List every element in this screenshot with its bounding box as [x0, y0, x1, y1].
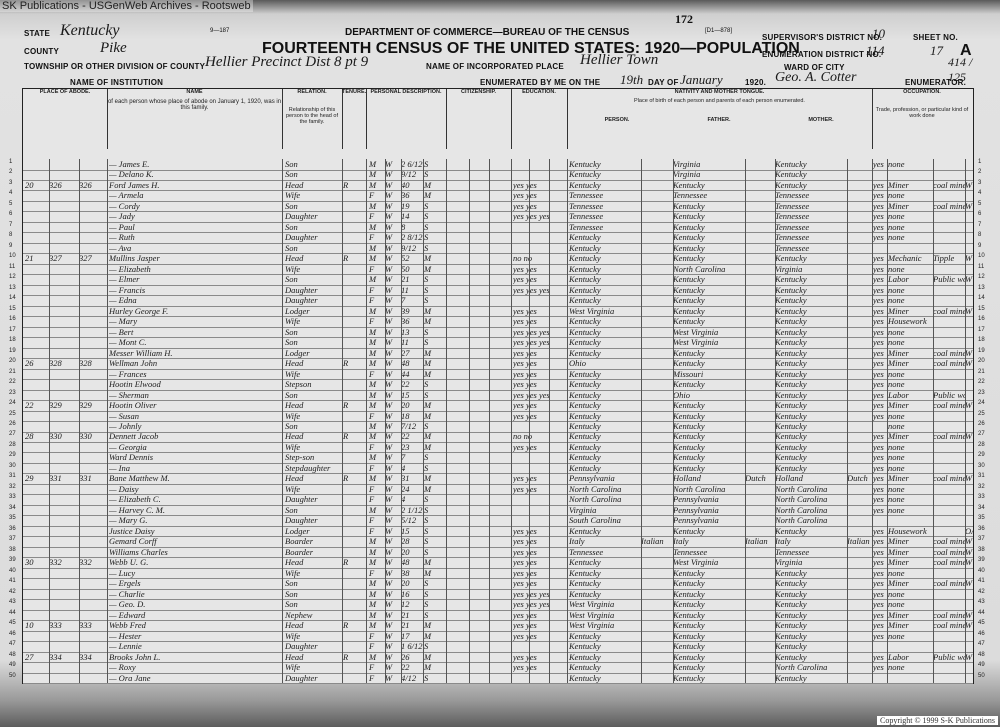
cell-ind [933, 211, 965, 222]
cell-fpob: Kentucky [673, 316, 743, 327]
cell-mpob: Kentucky [775, 180, 845, 191]
cell-edu [513, 243, 565, 254]
cell-pob: Kentucky [569, 662, 639, 673]
cell-ind [933, 222, 965, 233]
cell-pob: Kentucky [569, 411, 639, 422]
cell-ftongue [745, 337, 775, 348]
cell-fpob: West Virginia [673, 327, 743, 338]
cell-ind: coal mine [933, 431, 965, 442]
cell-name: — Elizabeth C. [109, 494, 281, 505]
cell-name: — Ina [109, 463, 281, 474]
cell-fpob: Kentucky [673, 641, 743, 652]
cell-rel: Head [285, 253, 341, 264]
cell-ptongue [641, 358, 673, 369]
cell-ten [343, 264, 365, 275]
cell-ftongue [745, 421, 775, 432]
cell-pob: Kentucky [569, 400, 639, 411]
cell-ten [343, 494, 365, 505]
cell-ind [933, 589, 965, 600]
cell-dw [25, 337, 49, 348]
cell-mtongue [847, 348, 871, 359]
cell-dw [25, 285, 49, 296]
row-number: 2 [9, 169, 12, 175]
row-number-right: 40 [978, 568, 985, 574]
cell-sex: F [369, 232, 385, 243]
cell-dw [25, 631, 49, 642]
cell-ptongue [641, 463, 673, 474]
cell-dw [25, 169, 49, 180]
cell-eng: yes [873, 411, 887, 422]
cell-ptongue [641, 599, 673, 610]
row-number: 25 [9, 411, 16, 417]
cell-race: W [385, 494, 401, 505]
cell-mtongue [847, 190, 871, 201]
cell-visit: 334 [79, 652, 107, 663]
cell-eng: yes [873, 578, 887, 589]
cell-age: 22 [401, 662, 423, 673]
cell-eng: yes [873, 327, 887, 338]
cell-visit [79, 390, 107, 401]
cell-dw [25, 411, 49, 422]
row-number-right: 17 [978, 327, 985, 333]
cell-rel: Daughter [285, 232, 341, 243]
cell-sex: F [369, 662, 385, 673]
cell-age: 31 [401, 473, 423, 484]
cell-race: W [385, 620, 401, 631]
cell-fpob: Kentucky [673, 442, 743, 453]
cell-fpob: North Carolina [673, 264, 743, 275]
cell-age: 26 [401, 652, 423, 663]
cell-fpob: North Carolina [673, 484, 743, 495]
row-number: 16 [9, 316, 16, 322]
cell-ptongue [641, 274, 673, 285]
cell-ptongue [641, 662, 673, 673]
cell-edu: yes yes [513, 442, 565, 453]
cell-age: 20 [401, 547, 423, 558]
cell-mpob: Kentucky [775, 568, 845, 579]
cell-ten [343, 662, 365, 673]
cell-ms: M [424, 484, 444, 495]
cell-fam [49, 662, 77, 673]
cell-edu: yes yes [513, 306, 565, 317]
cell-age: 16 [401, 589, 423, 600]
cell-sex: F [369, 641, 385, 652]
cell-ind: Public works [933, 390, 965, 401]
cell-ptongue [641, 526, 673, 537]
cell-occ [888, 243, 932, 254]
cell-occ: none [888, 442, 932, 453]
cell-fpob: Kentucky [673, 285, 743, 296]
cell-race: W [385, 652, 401, 663]
cell-ms: S [424, 295, 444, 306]
cell-pob: Kentucky [569, 285, 639, 296]
cell-mtongue [847, 505, 871, 516]
cell-race: W [385, 599, 401, 610]
cell-ptongue [641, 610, 673, 621]
cell-dw [25, 484, 49, 495]
cell-name: Ward Dennis [109, 452, 281, 463]
enumeration-label: ENUMERATION DISTRICT NO. [762, 50, 881, 59]
cell-rel: Head [285, 431, 341, 442]
cell-eng: yes [873, 652, 887, 663]
cell-age: 44 [401, 369, 423, 380]
cell-pob: Kentucky [569, 589, 639, 600]
row-number: 45 [9, 620, 16, 626]
cell-mtongue [847, 620, 871, 631]
cell-ms: S [424, 337, 444, 348]
cell-eng: yes [873, 610, 887, 621]
cell-eng: yes [873, 253, 887, 264]
cell-eng: yes [873, 369, 887, 380]
township-label: TOWNSHIP OR OTHER DIVISION OF COUNTY [24, 62, 205, 71]
cell-name: — Mary G. [109, 515, 281, 526]
cell-cls [965, 222, 973, 233]
cell-name: — Johnly [109, 421, 281, 432]
row-number: 42 [9, 589, 16, 595]
cell-ftongue [745, 547, 775, 558]
cell-ind [933, 295, 965, 306]
cell-fam [49, 673, 77, 684]
cell-ms: S [424, 390, 444, 401]
cell-fam [49, 295, 77, 306]
cell-fam [49, 505, 77, 516]
cell-ind [933, 494, 965, 505]
row-number-right: 11 [978, 264, 984, 270]
row-number: 20 [9, 358, 16, 364]
cell-visit [79, 568, 107, 579]
column-divider [385, 159, 386, 683]
row-number-right: 45 [978, 620, 985, 626]
cell-race: W [385, 536, 401, 547]
cell-dw: 20 [25, 180, 49, 191]
cell-sex: M [369, 253, 385, 264]
cell-ptongue [641, 201, 673, 212]
cell-pob: Kentucky [569, 274, 639, 285]
cell-occ [888, 641, 932, 652]
cell-fam [49, 390, 77, 401]
row-number-right: 7 [978, 222, 981, 228]
cell-mpob: Kentucky [775, 358, 845, 369]
cell-age: 15 [401, 390, 423, 401]
cell-occ: Housework [888, 316, 932, 327]
cell-ms: S [424, 547, 444, 558]
cell-fam [49, 536, 77, 547]
cell-ten [343, 411, 365, 422]
cell-ftongue [745, 631, 775, 642]
cell-ten: R [343, 358, 365, 369]
cell-visit [79, 201, 107, 212]
column-divider [745, 159, 746, 683]
cell-eng: yes [873, 400, 887, 411]
cell-ind: coal mine [933, 306, 965, 317]
cell-rel: Stepdaughter [285, 463, 341, 474]
cell-sex: F [369, 295, 385, 306]
cell-age: 13 [401, 327, 423, 338]
cell-mpob: Kentucky [775, 620, 845, 631]
cell-ptongue [641, 400, 673, 411]
cell-name: — Susan [109, 411, 281, 422]
cell-fam [49, 379, 77, 390]
cell-visit [79, 337, 107, 348]
cell-ptongue [641, 169, 673, 180]
cell-name: — Cordy [109, 201, 281, 212]
cell-race: W [385, 169, 401, 180]
cell-ms: M [424, 568, 444, 579]
cell-edu [513, 169, 565, 180]
cell-age: 17 [401, 631, 423, 642]
cell-cls [965, 243, 973, 254]
row-number-right: 8 [978, 232, 981, 238]
cell-mpob: Kentucky [775, 316, 845, 327]
cell-ten [343, 536, 365, 547]
cell-sex: M [369, 180, 385, 191]
cell-fam [49, 201, 77, 212]
cell-ms: M [424, 190, 444, 201]
cell-ms: S [424, 201, 444, 212]
cell-ms: M [424, 400, 444, 411]
cell-fam [49, 452, 77, 463]
cell-dw [25, 578, 49, 589]
cell-mpob: Kentucky [775, 306, 845, 317]
cell-ftongue [745, 599, 775, 610]
cell-mtongue [847, 421, 871, 432]
cell-ms: S [424, 463, 444, 474]
cell-mtongue [847, 285, 871, 296]
cell-fam [49, 599, 77, 610]
cell-ind [933, 285, 965, 296]
cell-dw [25, 463, 49, 474]
cell-ind: coal mine [933, 578, 965, 589]
cell-ftongue [745, 211, 775, 222]
row-number: 1 [9, 159, 12, 165]
cell-mpob: North Carolina [775, 494, 845, 505]
cell-edu [513, 463, 565, 474]
cell-name: — Armela [109, 190, 281, 201]
row-number: 3 [9, 180, 12, 186]
cell-mtongue [847, 662, 871, 673]
cell-dw [25, 159, 49, 170]
cell-ptongue [641, 641, 673, 652]
cell-name: — Jady [109, 211, 281, 222]
cell-age: 20 [401, 578, 423, 589]
cell-race: W [385, 578, 401, 589]
cell-dw [25, 369, 49, 380]
column-divider [282, 159, 283, 683]
cell-mpob: North Carolina [775, 515, 845, 526]
state-label: STATE [24, 29, 50, 38]
cell-rel: Son [285, 337, 341, 348]
cell-ind: coal mine [933, 400, 965, 411]
cell-edu [513, 673, 565, 684]
cell-edu: yes yes [513, 411, 565, 422]
cell-mpob: Kentucky [775, 400, 845, 411]
cell-eng [873, 515, 887, 526]
cell-ten [343, 463, 365, 474]
row-number: 32 [9, 484, 16, 490]
cell-fam [49, 264, 77, 275]
cell-ftongue [745, 243, 775, 254]
cell-cls: W [965, 253, 973, 264]
row-number: 29 [9, 452, 16, 458]
cell-eng: yes [873, 285, 887, 296]
cell-sex: M [369, 589, 385, 600]
cell-ten: R [343, 473, 365, 484]
cell-eng: yes [873, 494, 887, 505]
cell-ind: coal mine [933, 620, 965, 631]
cell-pob: Virginia [569, 505, 639, 516]
cell-name: Williams Charles [109, 547, 281, 558]
cell-fam: 327 [49, 253, 77, 264]
cell-cls: W [965, 274, 973, 285]
cell-cls [965, 264, 973, 275]
cell-age: 28 [401, 536, 423, 547]
cell-fam [49, 568, 77, 579]
cell-visit [79, 484, 107, 495]
cell-ind: Public works [933, 652, 965, 663]
enumerated-year: 1920. [745, 78, 766, 87]
cell-fam [49, 222, 77, 233]
cell-occ: none [888, 484, 932, 495]
cell-fpob: Kentucky [673, 253, 743, 264]
cell-edu [513, 494, 565, 505]
cell-dw [25, 211, 49, 222]
cell-sex: F [369, 526, 385, 537]
cell-ind [933, 316, 965, 327]
cell-ind [933, 599, 965, 610]
cell-ind [933, 463, 965, 474]
cell-mtongue [847, 568, 871, 579]
cell-ptongue [641, 431, 673, 442]
cell-pob: West Virginia [569, 610, 639, 621]
cell-race: W [385, 421, 401, 432]
cell-occ: Miner [888, 578, 932, 589]
cell-rel: Son [285, 578, 341, 589]
cell-mpob: Kentucky [775, 348, 845, 359]
cell-fam [49, 547, 77, 558]
cell-occ: Miner [888, 348, 932, 359]
cell-name: — Hester [109, 631, 281, 642]
column-divider [847, 159, 848, 683]
cell-dw: 29 [25, 473, 49, 484]
cell-ftongue [745, 641, 775, 652]
cell-sex: M [369, 159, 385, 170]
cell-ptongue [641, 421, 673, 432]
cell-mpob: Kentucky [775, 526, 845, 537]
cell-name: — Sherman [109, 390, 281, 401]
cell-cls: W [965, 473, 973, 484]
cell-mtongue [847, 379, 871, 390]
cell-name: Brooks John L. [109, 652, 281, 663]
row-number-right: 34 [978, 505, 985, 511]
cell-ftongue [745, 463, 775, 474]
cell-cls [965, 327, 973, 338]
cell-dw [25, 568, 49, 579]
cell-sex: M [369, 390, 385, 401]
cell-sex: M [369, 557, 385, 568]
cell-visit [79, 578, 107, 589]
cell-mpob: Kentucky [775, 379, 845, 390]
cell-age: 12 [401, 599, 423, 610]
cell-occ: Labor [888, 390, 932, 401]
col-occupation: OCCUPATION.Trade, profession, or particu… [872, 89, 972, 149]
cell-name: — Charlie [109, 589, 281, 600]
cell-visit [79, 285, 107, 296]
cell-rel: Son [285, 274, 341, 285]
cell-ten [343, 547, 365, 558]
form-code: [D1—878] [705, 28, 732, 34]
cell-race: W [385, 274, 401, 285]
row-number-right: 22 [978, 379, 985, 385]
cell-ftongue [745, 568, 775, 579]
cell-edu: yes yes [513, 620, 565, 631]
cell-rel: Son [285, 159, 341, 170]
cell-ms: S [424, 159, 444, 170]
cell-race: W [385, 211, 401, 222]
cell-sex: M [369, 421, 385, 432]
cell-eng: yes [873, 631, 887, 642]
cell-race: W [385, 337, 401, 348]
cell-fpob: Virginia [673, 159, 743, 170]
cell-ind [933, 264, 965, 275]
cell-visit [79, 673, 107, 684]
cell-rel: Boarder [285, 547, 341, 558]
cell-dw [25, 547, 49, 558]
cell-cls [965, 589, 973, 600]
cell-mtongue [847, 337, 871, 348]
cell-mtongue [847, 526, 871, 537]
cell-mtongue [847, 243, 871, 254]
cell-occ: none [888, 222, 932, 233]
cell-edu: yes yes [513, 631, 565, 642]
cell-age: 7 [401, 452, 423, 463]
cell-eng: yes [873, 232, 887, 243]
cell-occ: none [888, 190, 932, 201]
cell-ptongue [641, 327, 673, 338]
cell-sex: M [369, 348, 385, 359]
cell-ftongue [745, 232, 775, 243]
column-divider [965, 159, 966, 683]
row-number-right: 42 [978, 589, 985, 595]
cell-edu: yes yes yes [513, 211, 565, 222]
row-number-right: 16 [978, 316, 985, 322]
row-number: 6 [9, 211, 12, 217]
cell-race: W [385, 264, 401, 275]
cell-age: 4/12 [401, 673, 423, 684]
cell-dw: 27 [25, 652, 49, 663]
cell-race: W [385, 515, 401, 526]
cell-mtongue [847, 253, 871, 264]
column-divider [872, 159, 873, 683]
row-number-right: 41 [978, 578, 985, 584]
cell-eng: yes [873, 484, 887, 495]
cell-fpob: Kentucky [673, 568, 743, 579]
cell-occ: none [888, 599, 932, 610]
cell-occ: Miner [888, 610, 932, 621]
cell-cls [965, 159, 973, 170]
incorporated-value: Hellier Town [580, 52, 658, 69]
cell-sex: F [369, 515, 385, 526]
cell-sex: M [369, 599, 385, 610]
row-number: 13 [9, 285, 16, 291]
cell-ftongue [745, 589, 775, 600]
cell-pob: Tennessee [569, 211, 639, 222]
cell-age: 48 [401, 557, 423, 568]
cell-ind [933, 327, 965, 338]
cell-rel: Wife [285, 190, 341, 201]
cell-ftongue [745, 369, 775, 380]
cell-fpob: Kentucky [673, 599, 743, 610]
cell-pob: Kentucky [569, 243, 639, 254]
